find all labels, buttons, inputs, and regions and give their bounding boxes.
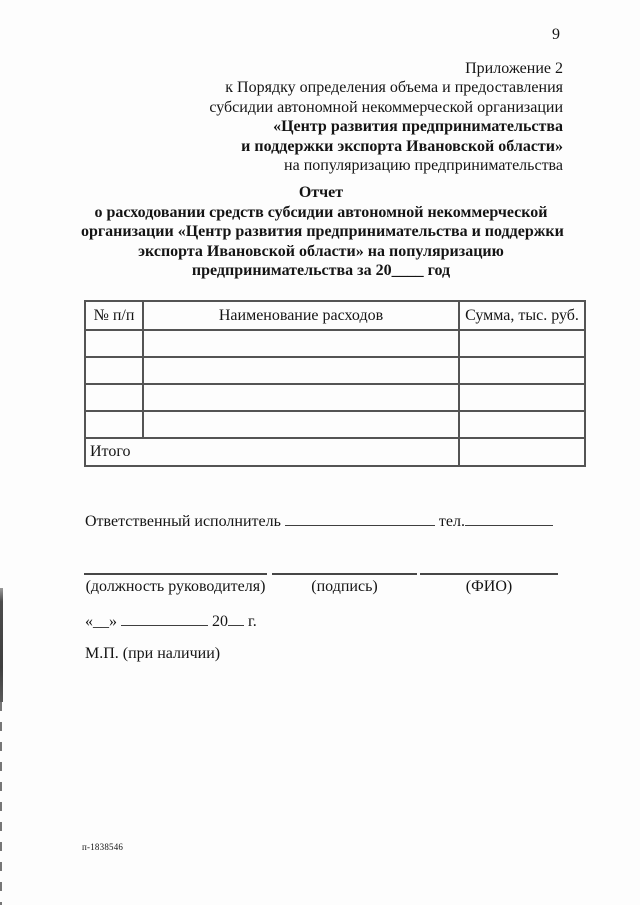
table-row [85,330,585,357]
sign-label: (подпись) [272,578,417,596]
date-day-quotes: «__» [85,613,117,630]
report-title: Отчет о расходовании средств субсидии ав… [81,183,561,281]
appendix-line: Приложение 2 [209,59,563,78]
stamp-note: М.П. (при наличии) [85,645,220,663]
report-title-line: экспорта Ивановской области» на популяри… [81,242,561,262]
signature-block: (должность руководителя) (подпись) (ФИО) [84,573,558,596]
column-header-number: № п/п [85,301,143,330]
date-month-blank [121,611,208,626]
cell-name [143,384,459,411]
column-header-sum: Сумма, тыс. руб. [459,301,585,330]
document-page: 9 Приложение 2 к Порядку определения объ… [0,0,640,905]
cell-name [143,411,459,438]
date-year-prefix: 20 [212,613,228,630]
name-label: (ФИО) [420,578,558,596]
total-label: Итого [85,438,459,466]
appendix-line: и поддержки экспорта Ивановской области» [209,137,563,156]
responsible-executive-line: Ответственный исполнитель тел. [85,511,553,531]
table-row [85,411,585,438]
column-header-name: Наименование расходов [143,301,459,330]
date-year-suffix: г. [248,613,257,630]
cell-sum [459,357,585,384]
total-value [459,438,585,466]
appendix-line: субсидии автономной некоммерческой орган… [209,98,563,117]
report-title-line: Отчет [81,183,561,203]
signature-position-column: (должность руководителя) [84,573,267,596]
cell-number [85,330,143,357]
document-code: п-1838546 [82,842,123,852]
executive-name-blank [285,511,435,526]
page-number: 9 [552,26,560,44]
phone-blank [465,511,553,526]
table-row [85,357,585,384]
table-total-row: Итого [85,438,585,466]
cell-sum [459,384,585,411]
appendix-line: на популяризацию предпринимательства [209,156,563,175]
cell-sum [459,411,585,438]
appendix-line: «Центр развития предпринимательства [209,117,563,136]
table-header-row: № п/п Наименование расходов Сумма, тыс. … [85,301,585,330]
report-title-line: предпринимательства за 20____ год [81,261,561,281]
responsible-executive-label: Ответственный исполнитель [85,513,281,530]
date-line: «__» 20 г. [85,611,257,631]
cell-number [85,411,143,438]
expenses-table: № п/п Наименование расходов Сумма, тыс. … [84,300,586,467]
signature-sign-column: (подпись) [272,573,417,596]
table-row [85,384,585,411]
phone-label: тел. [439,513,465,530]
scan-artifact-dashed [0,702,2,905]
cell-name [143,330,459,357]
appendix-header: Приложение 2 к Порядку определения объем… [209,59,563,175]
scan-artifact-solid [0,588,3,702]
cell-number [85,357,143,384]
date-year-blank [228,611,244,626]
cell-sum [459,330,585,357]
cell-number [85,384,143,411]
cell-name [143,357,459,384]
signature-name-column: (ФИО) [420,573,558,596]
position-label: (должность руководителя) [84,578,267,596]
appendix-line: к Порядку определения объема и предостав… [209,78,563,97]
report-title-line: о расходовании средств субсидии автономн… [81,203,561,223]
report-title-line: организации «Центр развития предпринимат… [81,222,561,242]
